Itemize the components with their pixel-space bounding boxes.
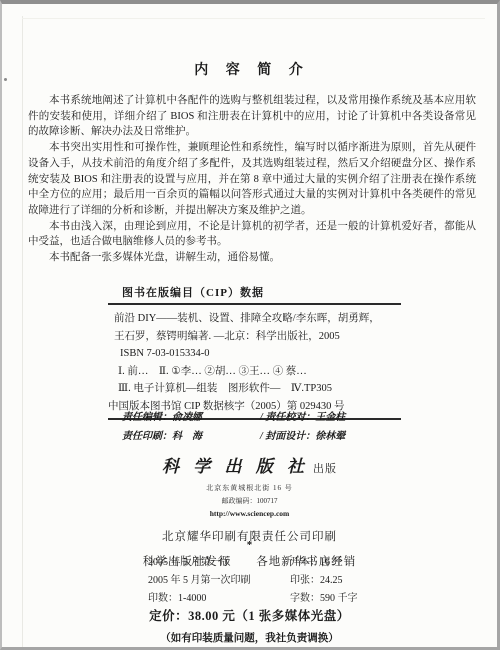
publisher-postcode: 邮政编码：100717: [2, 496, 497, 506]
content-summary-paragraph-4: 本书配备一张多媒体光盘，讲解生动，通俗易懂。: [28, 250, 476, 266]
sheet-count: 印张：24.25: [290, 572, 398, 590]
separator-star: *: [2, 539, 497, 551]
cip-catalog-line-2: Ⅲ. 电子计算机—组装 图形软件— Ⅳ.TP305: [108, 380, 401, 398]
cip-body: 前沿 DIY——装机、设置、排障全攻略/李东晖，胡勇辉， 王石罗，蔡锷明编著. …: [108, 310, 401, 415]
publisher-suffix: 出版: [313, 463, 337, 475]
staff-row-2: 责任印刷：科 海 / 封面设计：徐林翚: [108, 427, 401, 446]
cip-data-section: 图书在版编目（CIP）数据 前沿 DIY——装机、设置、排障全攻略/李东晖，胡勇…: [108, 284, 401, 420]
edition-row-1: 2005 年 5 月第一版 开本：16 开: [148, 554, 398, 572]
staff-row-1: 责任编辑：俞凌娜 / 责任校对：王金柱: [108, 408, 401, 427]
responsible-proofreader: / 责任校对：王金柱: [260, 408, 401, 427]
cip-rule-top: [108, 303, 401, 305]
content-summary-title: 内 容 简 介: [28, 59, 476, 79]
responsible-printer: 责任印刷：科 海: [108, 427, 260, 446]
copyright-page: 内 容 简 介 本书系统地阐述了计算机中各配件的选购与整机组装过程，以及常用操作…: [0, 0, 500, 650]
price-line: 定价：38.00 元（1 张多媒体光盘）: [2, 606, 497, 624]
format-size: 开本：16 开: [290, 554, 398, 572]
cip-isbn-line: ISBN 7-03-015334-0: [108, 345, 401, 363]
cip-title-line: 前沿 DIY——装机、设置、排障全攻略/李东晖，胡勇辉，: [108, 310, 401, 328]
content-summary-section: 内 容 简 介 本书系统地阐述了计算机中各配件的选购与整机组装过程，以及常用操作…: [28, 59, 476, 266]
cip-heading: 图书在版编目（CIP）数据: [122, 284, 401, 300]
price-section: 定价：38.00 元（1 张多媒体光盘） （如有印装质量问题，我社负责调换）: [2, 606, 497, 645]
publisher-address: 北京东黄城根北街 16 号: [2, 483, 497, 493]
edition-info-section: 2005 年 5 月第一版 开本：16 开 2005 年 5 月第一次印刷 印张…: [148, 554, 398, 609]
edition-date: 2005 年 5 月第一版: [148, 554, 290, 572]
content-summary-paragraph-2: 本书突出实用性和可操作性，兼顾理论性和系统性，编写时以循序渐进为原则，首先从硬件…: [28, 140, 476, 219]
responsible-editor: 责任编辑：俞凌娜: [108, 408, 260, 427]
cip-catalog-line-1: Ⅰ. 前… Ⅱ. ①李… ②胡… ③王… ④ 蔡…: [108, 363, 401, 381]
scan-gutter-line-horizontal: [22, 18, 485, 19]
scan-artifact-dot: [4, 78, 7, 81]
cover-designer: / 封面设计：徐林翚: [260, 427, 401, 446]
cip-authors-line: 王石罗，蔡锷明编著. —北京：科学出版社，2005: [108, 328, 401, 346]
publisher-name-seal: 科 学 出 版 社: [162, 457, 309, 476]
staff-credits-section: 责任编辑：俞凌娜 / 责任校对：王金柱 责任印刷：科 海 / 封面设计：徐林翚: [108, 408, 401, 446]
printing-date: 2005 年 5 月第一次印刷: [148, 572, 290, 590]
exchange-note: （如有印装质量问题，我社负责调换）: [2, 630, 497, 645]
publisher-url: http://www.sciencep.com: [2, 509, 497, 518]
content-summary-paragraph-1: 本书系统地阐述了计算机中各配件的选购与整机组装过程，以及常用操作系统及基本应用软…: [28, 93, 476, 140]
content-summary-paragraph-3: 本书由浅入深，由理论到应用，不论是计算机的初学者，还是一般的计算机爱好者，都能从…: [28, 219, 476, 250]
publisher-section: 科 学 出 版 社 出版 北京东黄城根北街 16 号 邮政编码：100717 h…: [2, 452, 497, 569]
edition-row-2: 2005 年 5 月第一次印刷 印张：24.25: [148, 572, 398, 590]
publisher-name-line: 科 学 出 版 社 出版: [2, 452, 497, 477]
